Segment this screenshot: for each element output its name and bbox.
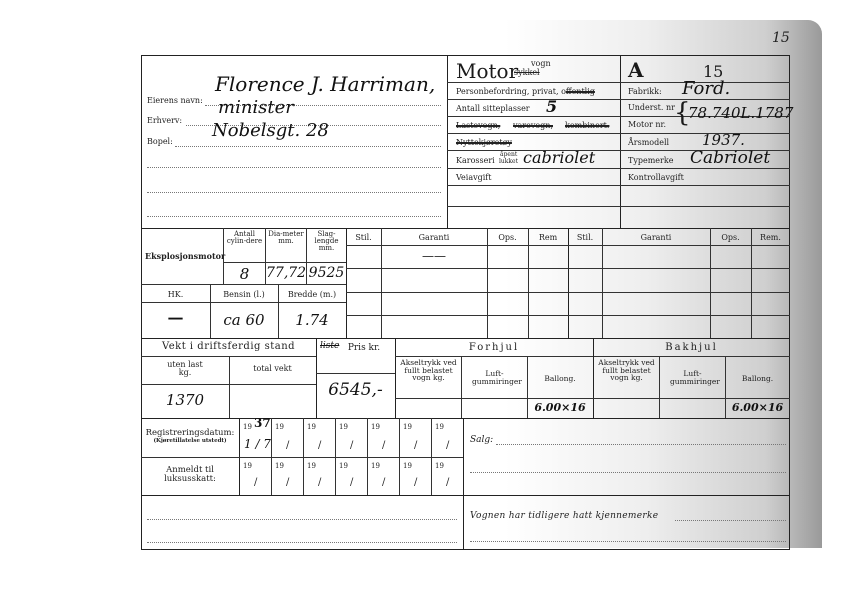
year-prefix: 19 xyxy=(307,423,316,431)
rear-axle-header: Akseltrykk ved fullt belastet vogn kg. xyxy=(594,359,659,382)
road-tax-label: Veiavgift xyxy=(456,173,491,182)
address-label: Bopel: xyxy=(147,137,173,146)
body-closed-option: lukket xyxy=(499,158,518,165)
chassis-number-label: Underst. nr xyxy=(628,103,675,112)
vehicle-title-sup: vogn xyxy=(531,59,551,68)
width-value: 1.74 xyxy=(278,311,346,329)
occupation-value: minister xyxy=(218,97,294,118)
divider xyxy=(141,384,316,385)
col-header-guarantee: Garanti xyxy=(381,233,487,242)
divider xyxy=(141,302,346,303)
registration-date-label: Registreringsdatum: xyxy=(141,428,239,438)
price-value: 6545,- xyxy=(316,380,395,400)
col-header-position: Stil. xyxy=(346,233,381,242)
fuel-value: ca 60 xyxy=(210,311,278,329)
divider xyxy=(447,133,620,134)
divider xyxy=(447,82,620,83)
luxury-tax-label: Anmeldt til luksusskatt: xyxy=(141,466,239,484)
divider xyxy=(620,206,790,207)
make-value: Ford. xyxy=(682,78,730,99)
date-value: / xyxy=(350,477,353,488)
dotted-line xyxy=(496,444,786,445)
divider xyxy=(461,356,462,418)
front-tyre-header: Luft-gummiringer xyxy=(462,370,527,386)
body-open-option: åpent xyxy=(500,151,517,158)
empty-weight-value: 1370 xyxy=(141,391,229,409)
date-value: / xyxy=(318,477,321,488)
divider xyxy=(447,206,620,207)
year-prefix: 19 xyxy=(275,462,284,470)
front-balloon-header: Ballong. xyxy=(527,374,593,383)
year-prefix: 19 xyxy=(435,462,444,470)
year-prefix: 19 xyxy=(403,423,412,431)
year-value: 37 xyxy=(254,416,271,430)
divider xyxy=(620,185,790,186)
page-corner-mark: 15 xyxy=(772,30,790,46)
year-prefix: 19 xyxy=(243,462,252,470)
divider xyxy=(346,245,790,246)
dotted-line xyxy=(175,146,441,147)
rear-balloon-value: 6.00×16 xyxy=(725,401,790,414)
divider xyxy=(620,168,790,169)
seats-label: Antall sitteplasser xyxy=(456,104,530,113)
registration-date-sublabel: (Kjøretillatelse utstedt) xyxy=(141,438,239,444)
width-header: Bredde (m.) xyxy=(278,290,346,299)
date-value: / xyxy=(286,440,289,451)
divider xyxy=(346,315,790,316)
occupation-label: Erhverv: xyxy=(147,116,182,125)
dotted-line xyxy=(470,541,786,542)
control-fee-label: Kontrollavgift xyxy=(628,173,684,182)
engine-number-label: Motor nr. xyxy=(628,120,666,129)
owner-name-label: Eierens navn: xyxy=(147,96,203,105)
divider xyxy=(447,168,620,169)
divider xyxy=(447,55,448,228)
divider xyxy=(346,292,790,293)
col-header-ops: Ops. xyxy=(487,233,528,242)
date-value: / xyxy=(286,477,289,488)
diameter-header: Dia-meter mm. xyxy=(266,231,306,245)
date-value: / xyxy=(382,440,385,451)
date-value: / xyxy=(254,477,257,488)
body-value: cabriolet xyxy=(523,148,595,167)
dotted-line xyxy=(147,167,441,168)
dotted-line xyxy=(147,216,441,217)
divider xyxy=(620,55,621,228)
divider xyxy=(141,495,790,496)
empty-weight-header: uten last kg. xyxy=(141,361,229,377)
hp-header: HK. xyxy=(141,290,210,299)
hp-value: — xyxy=(141,308,210,327)
front-wheels-title: Forhjul xyxy=(395,342,593,353)
model-year-value: 1937. xyxy=(702,131,745,149)
make-label: Fabrikk: xyxy=(628,87,662,96)
dotted-line xyxy=(675,520,786,521)
seats-value: 5 xyxy=(546,97,557,116)
divider xyxy=(346,268,790,269)
date-value: 1 / 7 xyxy=(244,437,271,451)
divider xyxy=(463,418,464,550)
divider xyxy=(710,228,711,338)
divider xyxy=(141,338,790,339)
col-header-position: Stil. xyxy=(568,233,602,242)
date-value: / xyxy=(446,440,449,451)
vehicle-title-sub: sykkel xyxy=(514,68,540,77)
divider xyxy=(316,338,317,418)
divider xyxy=(395,398,790,399)
divider xyxy=(223,262,346,263)
year-prefix: 19 xyxy=(339,462,348,470)
dotted-line xyxy=(470,472,786,473)
stroke-value: 9525 xyxy=(307,265,346,281)
owner-name-value: Florence J. Harriman, xyxy=(215,72,435,96)
weight-title: Vekt i driftsferdig stand xyxy=(141,341,316,352)
fuel-header: Bensin (l.) xyxy=(210,290,278,299)
chassis-engine-value: 78.740L.1787 xyxy=(688,104,793,122)
body-label: Karosseri xyxy=(456,156,495,165)
year-prefix: 19 xyxy=(243,423,252,431)
address-value: Nobelsgt. 28 xyxy=(212,120,329,141)
special-vehicle-option: Nyttekjøretøy xyxy=(456,138,512,147)
col-header-rem: Rem xyxy=(528,233,568,242)
divider xyxy=(751,228,752,338)
year-prefix: 19 xyxy=(371,462,380,470)
divider xyxy=(141,284,346,285)
previous-plate-label: Vognen har tidligere hatt kjennemerke xyxy=(470,511,658,521)
cargo-option-2: varevogn, xyxy=(513,121,553,130)
model-year-label: Årsmodell xyxy=(628,138,669,147)
dotted-line xyxy=(147,542,457,543)
registration-letter: A xyxy=(628,58,644,82)
divider xyxy=(141,457,463,458)
passenger-line: Personbefordring, privat, offentlig xyxy=(456,87,595,96)
divider xyxy=(620,99,790,100)
divider xyxy=(659,356,660,418)
cylinders-value: 8 xyxy=(224,265,265,283)
guarantee-cell: —— xyxy=(381,249,487,263)
col-header-ops: Ops. xyxy=(710,233,751,242)
engine-label: Eksplosjonsmotor xyxy=(145,251,225,261)
date-value: / xyxy=(318,440,321,451)
year-prefix: 19 xyxy=(307,462,316,470)
stroke-header: Slag-lengde mm. xyxy=(307,231,346,252)
cargo-option-1: Lastevogn, xyxy=(456,121,500,130)
date-value: / xyxy=(414,477,417,488)
front-balloon-value: 6.00×16 xyxy=(527,401,593,414)
dotted-line xyxy=(147,519,457,520)
date-value: / xyxy=(446,477,449,488)
year-prefix: 19 xyxy=(339,423,348,431)
divider xyxy=(447,99,620,100)
col-header-rem: Rem. xyxy=(751,233,790,242)
dotted-line xyxy=(147,192,441,193)
price-header: Pris kr. xyxy=(344,344,384,353)
divider xyxy=(141,228,790,229)
rear-wheels-title: Bakhjul xyxy=(593,342,790,353)
year-prefix: 19 xyxy=(435,423,444,431)
cargo-option-3: kombinert. xyxy=(565,121,609,130)
col-header-guarantee: Garanti xyxy=(602,233,710,242)
total-weight-header: total vekt xyxy=(229,364,316,373)
price-struck-text: liste xyxy=(320,341,339,351)
type-label: Typemerke xyxy=(628,156,673,165)
divider xyxy=(447,116,620,117)
type-value: Cabriolet xyxy=(690,148,770,168)
date-value: / xyxy=(382,477,385,488)
year-prefix: 19 xyxy=(275,423,284,431)
date-value: / xyxy=(414,440,417,451)
divider xyxy=(602,228,603,338)
rear-balloon-header: Ballong. xyxy=(725,374,790,383)
rear-tyre-header: Luft-gummiringer xyxy=(660,370,725,386)
diameter-value: 77,72 xyxy=(266,265,306,281)
vehicle-title: Motor xyxy=(456,59,518,83)
cylinders-header: Antall cylin-dere xyxy=(224,231,265,245)
sale-label: Salg: xyxy=(470,435,493,445)
divider xyxy=(447,185,620,186)
date-value: / xyxy=(350,440,353,451)
front-axle-header: Akseltrykk ved fullt belastet vogn kg. xyxy=(396,359,461,382)
divider xyxy=(316,373,395,374)
year-prefix: 19 xyxy=(371,423,380,431)
year-prefix: 19 xyxy=(403,462,412,470)
